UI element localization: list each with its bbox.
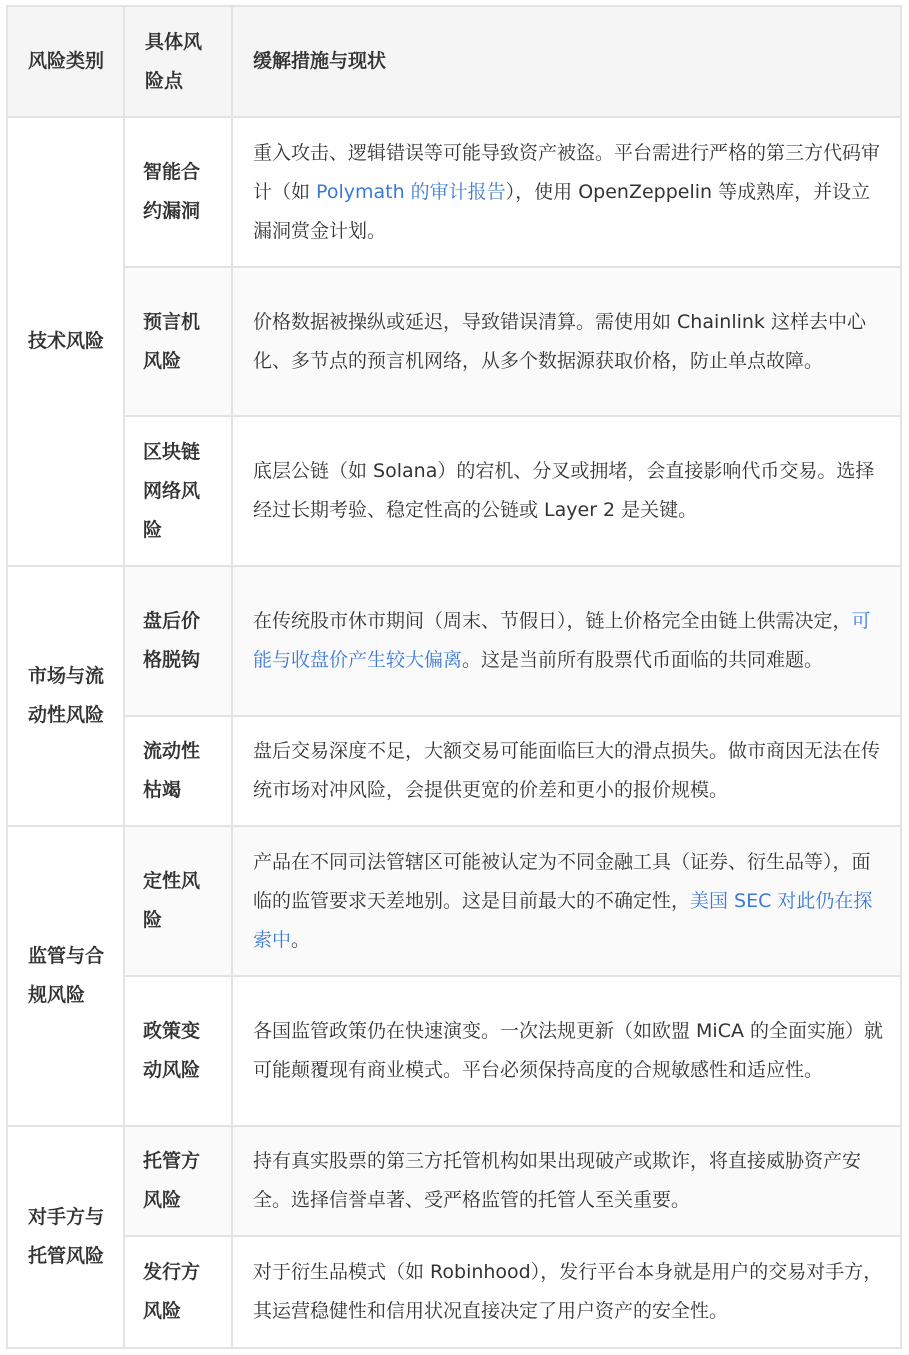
desc-text: 底层公链（如 Solana）的宕机、分叉或拥堵，会直接影响代币交易。选择经过长期…: [253, 460, 874, 521]
desc-text: 。这是当前所有股票代币面临的共同难题。: [462, 649, 823, 671]
mitigation-cell: 产品在不同司法管辖区可能被认定为不同金融工具（证券、衍生品等），面临的监管要求天…: [232, 826, 901, 976]
header-risk-category: 风险类别: [7, 6, 124, 117]
table-header-row: 风险类别 具体风险点 缓解措施与现状: [7, 6, 901, 117]
mitigation-cell: 重入攻击、逻辑错误等可能导致资产被盗。平台需进行严格的第三方代码审计（如 Pol…: [232, 117, 901, 267]
category-cell: 对手方与托管风险: [7, 1126, 124, 1348]
mitigation-cell: 盘后交易深度不足，大额交易可能面临巨大的滑点损失。做市商因无法在传统市场对冲风险…: [232, 716, 901, 826]
mitigation-cell: 对于衍生品模式（如 Robinhood），发行平台本身就是用户的交易对手方，其运…: [232, 1236, 901, 1348]
risk-point-cell: 政策变动风险: [124, 976, 232, 1126]
risk-table: 风险类别 具体风险点 缓解措施与现状 技术风险 智能合约漏洞 重入攻击、逻辑错误…: [6, 5, 902, 1349]
risk-point-cell: 智能合约漏洞: [124, 117, 232, 267]
desc-text: 价格数据被操纵或延迟，导致错误清算。需使用如 Chainlink 这样去中心化、…: [253, 311, 866, 372]
desc-text: 持有真实股票的第三方托管机构如果出现破产或欺诈，将直接威胁资产安全。选择信誉卓著…: [253, 1150, 861, 1211]
desc-text: 盘后交易深度不足，大额交易可能面临巨大的滑点损失。做市商因无法在传统市场对冲风险…: [253, 740, 880, 801]
table-row: 对手方与托管风险 托管方风险 持有真实股票的第三方托管机构如果出现破产或欺诈，将…: [7, 1126, 901, 1236]
risk-table-container: 风险类别 具体风险点 缓解措施与现状 技术风险 智能合约漏洞 重入攻击、逻辑错误…: [6, 5, 900, 1349]
table-row: 预言机风险 价格数据被操纵或延迟，导致错误清算。需使用如 Chainlink 这…: [7, 267, 901, 416]
table-row: 监管与合规风险 定性风险 产品在不同司法管辖区可能被认定为不同金融工具（证券、衍…: [7, 826, 901, 976]
desc-text: 对于衍生品模式（如 Robinhood），发行平台本身就是用户的交易对手方，其运…: [253, 1261, 882, 1322]
risk-point-cell: 定性风险: [124, 826, 232, 976]
desc-text: 。: [291, 929, 310, 951]
table-row: 区块链网络风险 底层公链（如 Solana）的宕机、分叉或拥堵，会直接影响代币交…: [7, 416, 901, 566]
mitigation-cell: 在传统股市休市期间（周末、节假日），链上价格完全由链上供需决定，可能与收盘价产生…: [232, 566, 901, 716]
risk-point-cell: 流动性枯竭: [124, 716, 232, 826]
risk-point-cell: 发行方风险: [124, 1236, 232, 1348]
table-row: 流动性枯竭 盘后交易深度不足，大额交易可能面临巨大的滑点损失。做市商因无法在传统…: [7, 716, 901, 826]
desc-text: 各国监管政策仍在快速演变。一次法规更新（如欧盟 MiCA 的全面实施）就可能颠覆…: [253, 1020, 883, 1081]
table-row: 发行方风险 对于衍生品模式（如 Robinhood），发行平台本身就是用户的交易…: [7, 1236, 901, 1348]
table-row: 政策变动风险 各国监管政策仍在快速演变。一次法规更新（如欧盟 MiCA 的全面实…: [7, 976, 901, 1126]
mitigation-cell: 价格数据被操纵或延迟，导致错误清算。需使用如 Chainlink 这样去中心化、…: [232, 267, 901, 416]
table-row: 市场与流动性风险 盘后价格脱钩 在传统股市休市期间（周末、节假日），链上价格完全…: [7, 566, 901, 716]
category-cell: 技术风险: [7, 117, 124, 566]
category-cell: 市场与流动性风险: [7, 566, 124, 826]
risk-point-cell: 区块链网络风险: [124, 416, 232, 566]
category-cell: 监管与合规风险: [7, 826, 124, 1126]
desc-text: 在传统股市休市期间（周末、节假日），链上价格完全由链上供需决定，: [253, 610, 852, 632]
header-risk-point: 具体风险点: [124, 6, 232, 117]
risk-point-cell: 盘后价格脱钩: [124, 566, 232, 716]
risk-point-cell: 托管方风险: [124, 1126, 232, 1236]
risk-point-cell: 预言机风险: [124, 267, 232, 416]
mitigation-cell: 持有真实股票的第三方托管机构如果出现破产或欺诈，将直接威胁资产安全。选择信誉卓著…: [232, 1126, 901, 1236]
mitigation-cell: 底层公链（如 Solana）的宕机、分叉或拥堵，会直接影响代币交易。选择经过长期…: [232, 416, 901, 566]
header-mitigation: 缓解措施与现状: [232, 6, 901, 117]
table-row: 技术风险 智能合约漏洞 重入攻击、逻辑错误等可能导致资产被盗。平台需进行严格的第…: [7, 117, 901, 267]
mitigation-cell: 各国监管政策仍在快速演变。一次法规更新（如欧盟 MiCA 的全面实施）就可能颠覆…: [232, 976, 901, 1126]
polymath-audit-link[interactable]: Polymath 的审计报告: [316, 181, 506, 203]
